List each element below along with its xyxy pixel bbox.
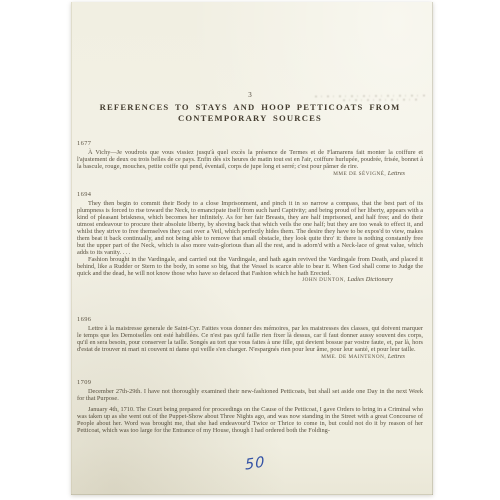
attribution-name: Mme de Sévigné, (333, 171, 386, 177)
pencil-scribble-line (315, 95, 427, 98)
body-paragraph: Fashion brought in the Vardingale, and c… (77, 257, 423, 278)
page-title: REFERENCES TO STAYS AND HOOP PETTICOATS … (77, 102, 423, 123)
attribution: John Dunton, Ladies Dictionary (77, 277, 423, 284)
body-paragraph: January 4th, 1710. The Court being prepa… (77, 407, 423, 435)
section-1694: 1694 They then begin to commit their Bod… (77, 191, 423, 284)
attribution-name: John Dunton, (302, 277, 346, 283)
pencil-scribble-line (343, 99, 421, 101)
section-1696: 1696 Lettre à la maistresse generale de … (77, 316, 423, 361)
body-paragraph: December 27th-29th. I have not thoroughl… (77, 389, 423, 403)
page-title-line-2: CONTEMPORARY SOURCES (77, 113, 423, 124)
year-label: 1677 (77, 140, 423, 147)
attribution: Mme. de Maintenon, Lettres (77, 354, 423, 361)
scanned-document: 3 REFERENCES TO STAYS AND HOOP PETTICOAT… (0, 0, 500, 500)
section-1677: 1677 À Vichy—Je voudrois que vous vissie… (77, 140, 423, 178)
body-paragraph: They then begin to commit their Body to … (77, 201, 423, 257)
attribution-work: Ladies Dictionary (347, 276, 393, 283)
attribution-work: Lettres (388, 170, 405, 177)
handwritten-page-annotation: 50 (245, 454, 266, 473)
section-1709: 1709 December 27th-29th. I have not thor… (77, 379, 423, 435)
attribution: Mme de Sévigné, Lettres (77, 171, 423, 178)
year-label: 1694 (77, 191, 423, 198)
faint-pencil-marks (315, 95, 427, 104)
book-page: 3 REFERENCES TO STAYS AND HOOP PETTICOAT… (71, 2, 433, 495)
body-paragraph: À Vichy—Je voudrois que vous vissiez jus… (77, 150, 423, 171)
body-paragraph: Lettre à la maistresse generale de Saint… (77, 326, 423, 354)
page-content: 3 REFERENCES TO STAYS AND HOOP PETTICOAT… (77, 2, 423, 495)
page-title-line-1: REFERENCES TO STAYS AND HOOP PETTICOATS … (77, 102, 423, 113)
year-label: 1696 (77, 316, 423, 323)
attribution-name: Mme. de Maintenon, (321, 354, 386, 360)
attribution-work: Lettres (388, 353, 405, 360)
year-label: 1709 (77, 379, 423, 386)
